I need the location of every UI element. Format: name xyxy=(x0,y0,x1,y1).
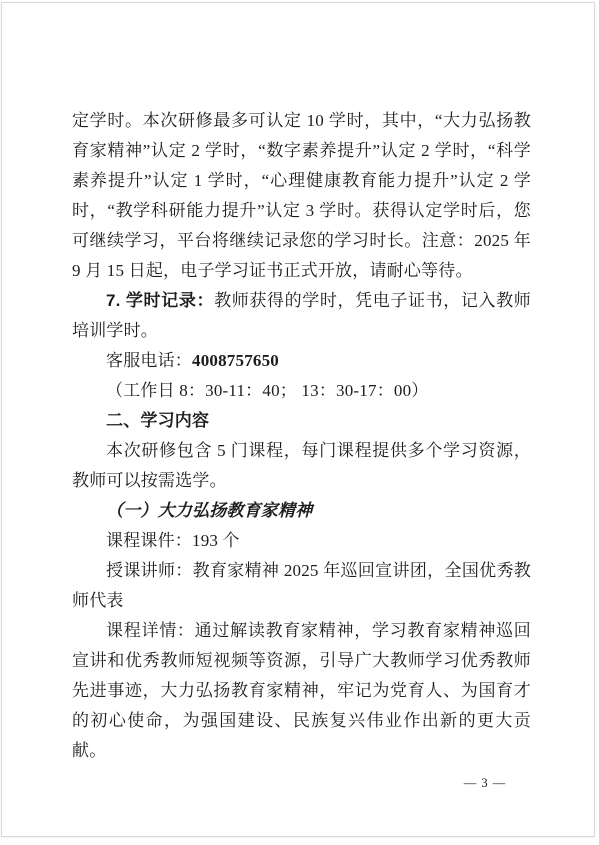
course-lecturer: 授课讲师：教育家精神 2025 年巡回宣讲团，全国优秀教师代表 xyxy=(72,556,531,616)
hour-record-label: 7. 学时记录： xyxy=(106,291,214,310)
section-heading-learning-content: 二、学习内容 xyxy=(72,406,531,436)
course-heading-educator-spirit: （一）大力弘扬教育家精神 xyxy=(72,496,531,526)
service-phone-line: 客服电话：4008757650 xyxy=(72,346,531,376)
service-phone-number: 4008757650 xyxy=(192,351,279,370)
service-phone-label: 客服电话： xyxy=(106,351,192,370)
course-courseware-count: 课程课件：193 个 xyxy=(72,526,531,556)
page-number: — 3 — xyxy=(450,774,520,792)
course-details: 课程详情：通过解读教育家精神，学习教育家精神巡回宣讲和优秀教师短视频等资源，引导… xyxy=(72,616,531,766)
paragraph-credit-hours: 定学时。本次研修最多可认定 10 学时，其中，“大力弘扬教育家精神”认定 2 学… xyxy=(72,106,531,286)
document-page: 定学时。本次研修最多可认定 10 学时，其中，“大力弘扬教育家精神”认定 2 学… xyxy=(1,2,595,837)
document-body: 定学时。本次研修最多可认定 10 学时，其中，“大力弘扬教育家精神”认定 2 学… xyxy=(72,106,531,766)
item-hour-record: 7. 学时记录：教师获得的学时，凭电子证书，记入教师培训学时。 xyxy=(72,286,531,346)
section-intro: 本次研修包含 5 门课程，每门课程提供多个学习资源，教师可以按需选学。 xyxy=(72,436,531,496)
service-hours-line: （工作日 8：30-11：40； 13：30-17：00） xyxy=(72,376,531,406)
